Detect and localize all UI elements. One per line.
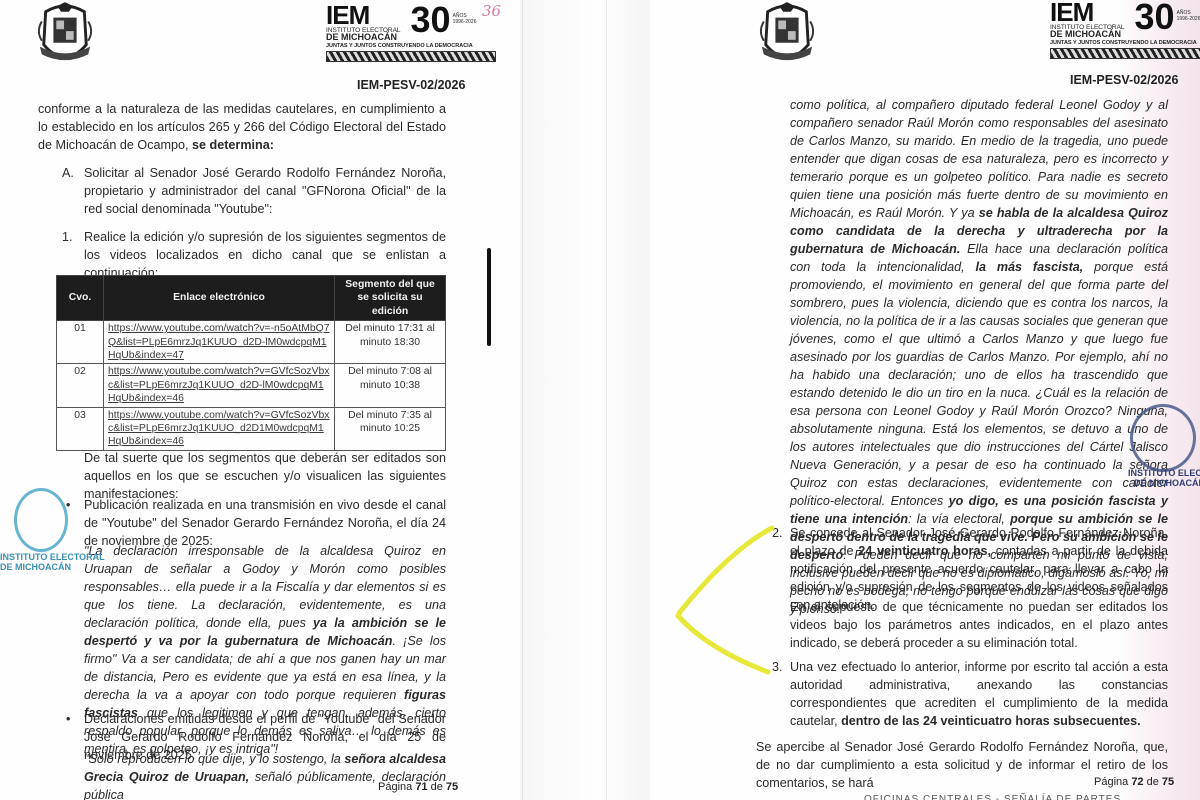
item-2-note: En el supuesto de que técnicamente no pu… bbox=[790, 598, 1168, 652]
logo-letters: IEM bbox=[1050, 0, 1125, 24]
logo-decorative-band bbox=[1050, 48, 1200, 59]
stamp-line1: INSTITUTO ELECTORAL bbox=[0, 552, 105, 562]
stamp-line2: DE MICHOACÁN bbox=[0, 562, 105, 572]
header-link: Enlace electrónico bbox=[104, 276, 335, 321]
segment-range: Del minuto 7:35 al minuto 10:25 bbox=[335, 407, 446, 450]
quote-cont-part1: como política, al compañero diputado fed… bbox=[790, 98, 1168, 220]
item-3-text: Una vez efectuado lo anterior, informe p… bbox=[790, 658, 1168, 730]
electoral-stamp-icon bbox=[1130, 404, 1196, 472]
table-row: 03 https://www.youtube.com/watch?v=GVfcS… bbox=[57, 407, 446, 450]
highlighter-bracket-mark bbox=[640, 500, 780, 680]
logo-slogan: JUNTAS Y JUNTOS CONSTRUYENDO LA DEMOCRAC… bbox=[326, 43, 496, 49]
header-cvo: Cvo. bbox=[57, 276, 104, 321]
page-of: de bbox=[428, 781, 446, 793]
stamp-line2: DE MICHOACÁN bbox=[1128, 478, 1200, 488]
logo-institute-line2: DE MICHOACÁN bbox=[326, 32, 397, 42]
page-total: 75 bbox=[1162, 776, 1174, 788]
page-edge-line bbox=[606, 0, 607, 800]
footer-office-text: OFICINAS CENTRALES - SEÑALÍA DE PARTES bbox=[864, 794, 1121, 800]
right-page-72: IEM INSTITUTO ELECTORAL DE MICHOACÁN 30 … bbox=[650, 0, 1200, 800]
logo-anniversary: 30 bbox=[1135, 0, 1175, 34]
logo-slogan: JUNTAS Y JUNTOS CONSTRUYENDO LA DEMOCRAC… bbox=[1050, 40, 1200, 46]
item-a-text: Solicitar al Senador José Gerardo Rodolf… bbox=[84, 164, 446, 218]
segment-range: Del minuto 7:08 al minuto 10:38 bbox=[335, 364, 446, 407]
pen-mark bbox=[487, 248, 491, 346]
intro-paragraph: conforme a la naturaleza de las medidas … bbox=[38, 100, 446, 154]
logo-letters: IEM bbox=[326, 3, 401, 27]
intro-bold: se determina: bbox=[192, 138, 274, 152]
item-1-text: Realice la edición y/o supresión de los … bbox=[84, 228, 446, 282]
item-2-bold: 24 veinticuatro horas, bbox=[858, 544, 991, 558]
logo-years-range: 1996-2026 bbox=[453, 19, 477, 25]
coat-of-arms-icon bbox=[758, 2, 816, 68]
coat-of-arms-icon bbox=[36, 2, 94, 68]
page-number: Página 72 de 75 bbox=[1094, 776, 1174, 788]
document-number: IEM-PESV-02/2026 bbox=[1070, 73, 1178, 87]
video-link[interactable]: https://www.youtube.com/watch?v=GVfcSozV… bbox=[104, 364, 335, 407]
handwritten-folio: 36 bbox=[482, 2, 501, 20]
stamp-line1: INSTITUTO ELECTORAL bbox=[1128, 468, 1200, 478]
video-link[interactable]: https://www.youtube.com/watch?v=GVfcSozV… bbox=[104, 407, 335, 450]
page-current: 71 bbox=[415, 781, 427, 793]
page-total: 75 bbox=[446, 781, 458, 793]
quote-cont-bold2: la más fascista, bbox=[976, 260, 1084, 274]
page-current: 72 bbox=[1131, 776, 1143, 788]
page-number: Página 71 de 75 bbox=[378, 781, 458, 793]
table-header-row: Cvo. Enlace electrónico Segmento del que… bbox=[57, 276, 446, 321]
stamp-text: INSTITUTO ELECTORAL DE MICHOACÁN bbox=[0, 552, 105, 572]
book-gutter bbox=[520, 0, 650, 800]
page-edge-line bbox=[522, 0, 523, 800]
quote-cont-part3: porque está promoviendo, el movimiento e… bbox=[790, 260, 1168, 508]
left-page-71: IEM INSTITUTO ELECTORAL DE MICHOACÁN 30 … bbox=[0, 0, 520, 800]
iem-30-logo: IEM INSTITUTO ELECTORAL DE MICHOACÁN 30 … bbox=[326, 3, 496, 61]
page-label: Página bbox=[1094, 776, 1131, 788]
row-number: 02 bbox=[57, 364, 104, 407]
logo-years-range: 1996-2026 bbox=[1177, 16, 1200, 22]
bullet-icon: • bbox=[66, 710, 70, 728]
header-segment: Segmento del que se solicita su edición bbox=[335, 276, 446, 321]
segment-range: Del minuto 17:31 al minuto 18:30 bbox=[335, 321, 446, 364]
table-row: 02 https://www.youtube.com/watch?v=GVfcS… bbox=[57, 364, 446, 407]
after-table-paragraph: De tal suerte que los segmentos que debe… bbox=[84, 449, 446, 503]
iem-30-logo: IEM INSTITUTO ELECTORAL DE MICHOACÁN 30 … bbox=[1050, 0, 1200, 58]
row-number: 01 bbox=[57, 321, 104, 364]
video-links-table: Cvo. Enlace electrónico Segmento del que… bbox=[56, 275, 446, 451]
stamp-text: INSTITUTO ELECTORAL DE MICHOACÁN bbox=[1128, 468, 1200, 488]
item-3-bold: dentro de las 24 veinticuatro horas subs… bbox=[841, 714, 1141, 728]
page-of: de bbox=[1144, 776, 1162, 788]
video-link[interactable]: https://www.youtube.com/watch?v=-n5oAtMb… bbox=[104, 321, 335, 364]
document-number: IEM-PESV-02/2026 bbox=[357, 78, 465, 92]
quote-2-part1: "Solo reproducen lo que dije, y lo soste… bbox=[84, 752, 344, 766]
item-a-marker: A. bbox=[62, 164, 82, 182]
row-number: 03 bbox=[57, 407, 104, 450]
logo-institute-line2: DE MICHOACÁN bbox=[1050, 29, 1121, 39]
logo-decorative-band bbox=[326, 51, 496, 62]
electoral-stamp-icon bbox=[14, 488, 68, 552]
item-1-marker: 1. bbox=[62, 228, 82, 246]
logo-anniversary: 30 bbox=[411, 3, 451, 37]
page-label: Página bbox=[378, 781, 415, 793]
table-row: 01 https://www.youtube.com/watch?v=-n5oA… bbox=[57, 321, 446, 364]
